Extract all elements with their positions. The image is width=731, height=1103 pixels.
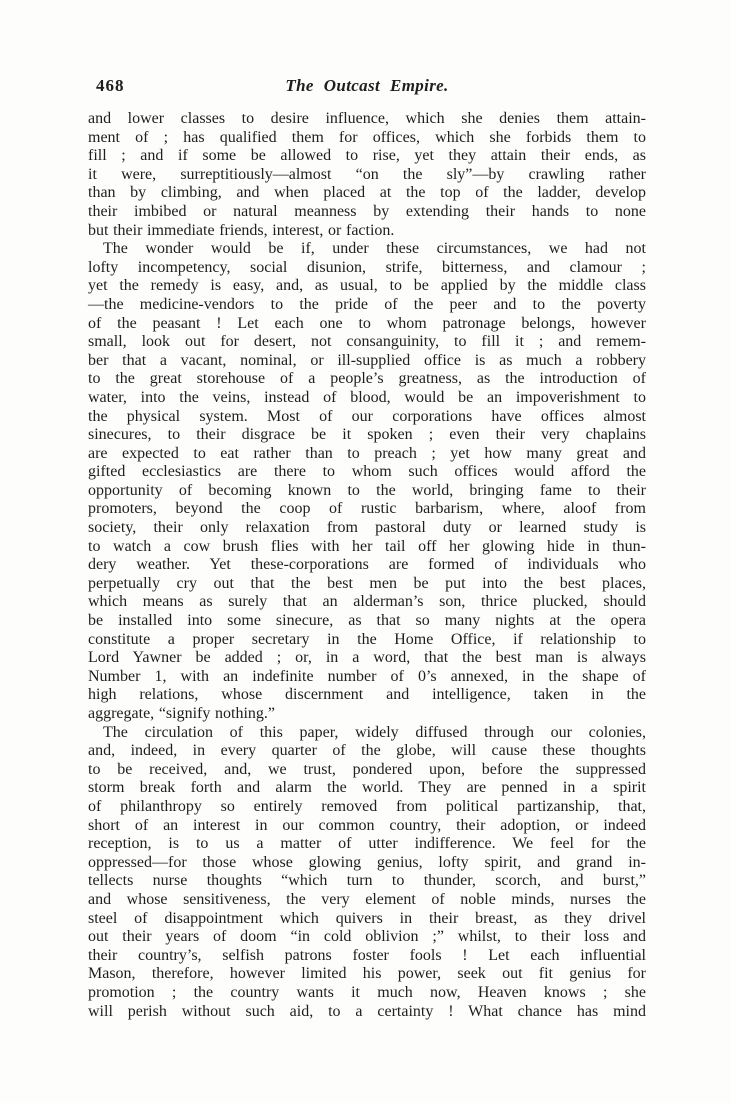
- text-line: their imbibed or natural meanness by ext…: [88, 203, 646, 222]
- text-line: The circulation of this paper, widely di…: [88, 724, 646, 743]
- text-line: of the peasant ! Let each one to whom pa…: [88, 315, 646, 334]
- text-line: water, into the veins, instead of blood,…: [88, 389, 646, 408]
- text-line: and lower classes to desire influence, w…: [88, 110, 646, 129]
- text-line: will perish without such aid, to a certa…: [88, 1003, 646, 1022]
- text-line: high relations, whose discernment and in…: [88, 686, 646, 705]
- text-line: tellects nurse thoughts “which turn to t…: [88, 872, 646, 891]
- text-line: be installed into some sinecure, as that…: [88, 612, 646, 631]
- text-line: to watch a cow brush flies with her tail…: [88, 538, 646, 557]
- text-line: fill ; and if some be allowed to rise, y…: [88, 147, 646, 166]
- paragraph: and lower classes to desire influence, w…: [88, 110, 646, 240]
- text-line: Mason, therefore, however limited his po…: [88, 965, 646, 984]
- text-line: sinecures, to their disgrace be it spoke…: [88, 426, 646, 445]
- page-content: 468 The Outcast Empire. and lower classe…: [88, 76, 646, 1021]
- text-line: lofty incompetency, social disunion, str…: [88, 259, 646, 278]
- text-line: to be received, and, we trust, pondered …: [88, 761, 646, 780]
- text-line: out their years of doom “in cold oblivio…: [88, 928, 646, 947]
- text-line: to the great storehouse of a people’s gr…: [88, 370, 646, 389]
- text-line: small, look out for desert, not consangu…: [88, 333, 646, 352]
- text-line: Number 1, with an indefinite number of 0…: [88, 668, 646, 687]
- text-line: are expected to eat rather than to preac…: [88, 445, 646, 464]
- text-line: gifted ecclesiastics are there to whom s…: [88, 463, 646, 482]
- running-title: The Outcast Empire.: [88, 76, 646, 96]
- text-line: it were, surreptitiously—almost “on the …: [88, 166, 646, 185]
- book-page: 468 The Outcast Empire. and lower classe…: [0, 0, 731, 1103]
- text-line: oppressed—for those whose glowing genius…: [88, 854, 646, 873]
- text-line: Lord Yawner be added ; or, in a word, th…: [88, 649, 646, 668]
- text-line: steel of disappointment which quivers in…: [88, 910, 646, 929]
- text-line: The wonder would be if, under these circ…: [88, 240, 646, 259]
- text-line: their country’s, selfish patrons foster …: [88, 947, 646, 966]
- paragraph: The wonder would be if, under these circ…: [88, 240, 646, 723]
- text-line: aggregate, “signify nothing.”: [88, 705, 646, 724]
- text-line: promoters, beyond the coop of rustic bar…: [88, 500, 646, 519]
- text-line: short of an interest in our common count…: [88, 817, 646, 836]
- paragraph: The circulation of this paper, widely di…: [88, 724, 646, 1022]
- text-line: promotion ; the country wants it much no…: [88, 984, 646, 1003]
- text-line: opportunity of becoming known to the wor…: [88, 482, 646, 501]
- text-line: reception, is to us a matter of utter in…: [88, 835, 646, 854]
- text-line: but their immediate friends, interest, o…: [88, 222, 646, 241]
- text-line: dery weather. Yet these-corporations are…: [88, 556, 646, 575]
- text-line: ment of ; has qualified them for offices…: [88, 129, 646, 148]
- text-line: and whose sensitiveness, the very elemen…: [88, 891, 646, 910]
- text-line: perpetually cry out that the best men be…: [88, 575, 646, 594]
- text-line: constitute a proper secretary in the Hom…: [88, 631, 646, 650]
- article-body: and lower classes to desire influence, w…: [88, 110, 646, 1021]
- text-line: —the medicine-vendors to the pride of th…: [88, 296, 646, 315]
- text-line: yet the remedy is easy, and, as usual, t…: [88, 277, 646, 296]
- text-line: of philanthropy so entirely removed from…: [88, 798, 646, 817]
- text-line: and, indeed, in every quarter of the glo…: [88, 742, 646, 761]
- text-line: the physical system. Most of our corpora…: [88, 408, 646, 427]
- text-line: storm break forth and alarm the world. T…: [88, 779, 646, 798]
- text-line: than by climbing, and when placed at the…: [88, 184, 646, 203]
- running-header: 468 The Outcast Empire.: [88, 76, 646, 98]
- text-line: ber that a vacant, nominal, or ill-suppl…: [88, 352, 646, 371]
- text-line: which means as surely that an alderman’s…: [88, 593, 646, 612]
- text-line: society, their only relaxation from past…: [88, 519, 646, 538]
